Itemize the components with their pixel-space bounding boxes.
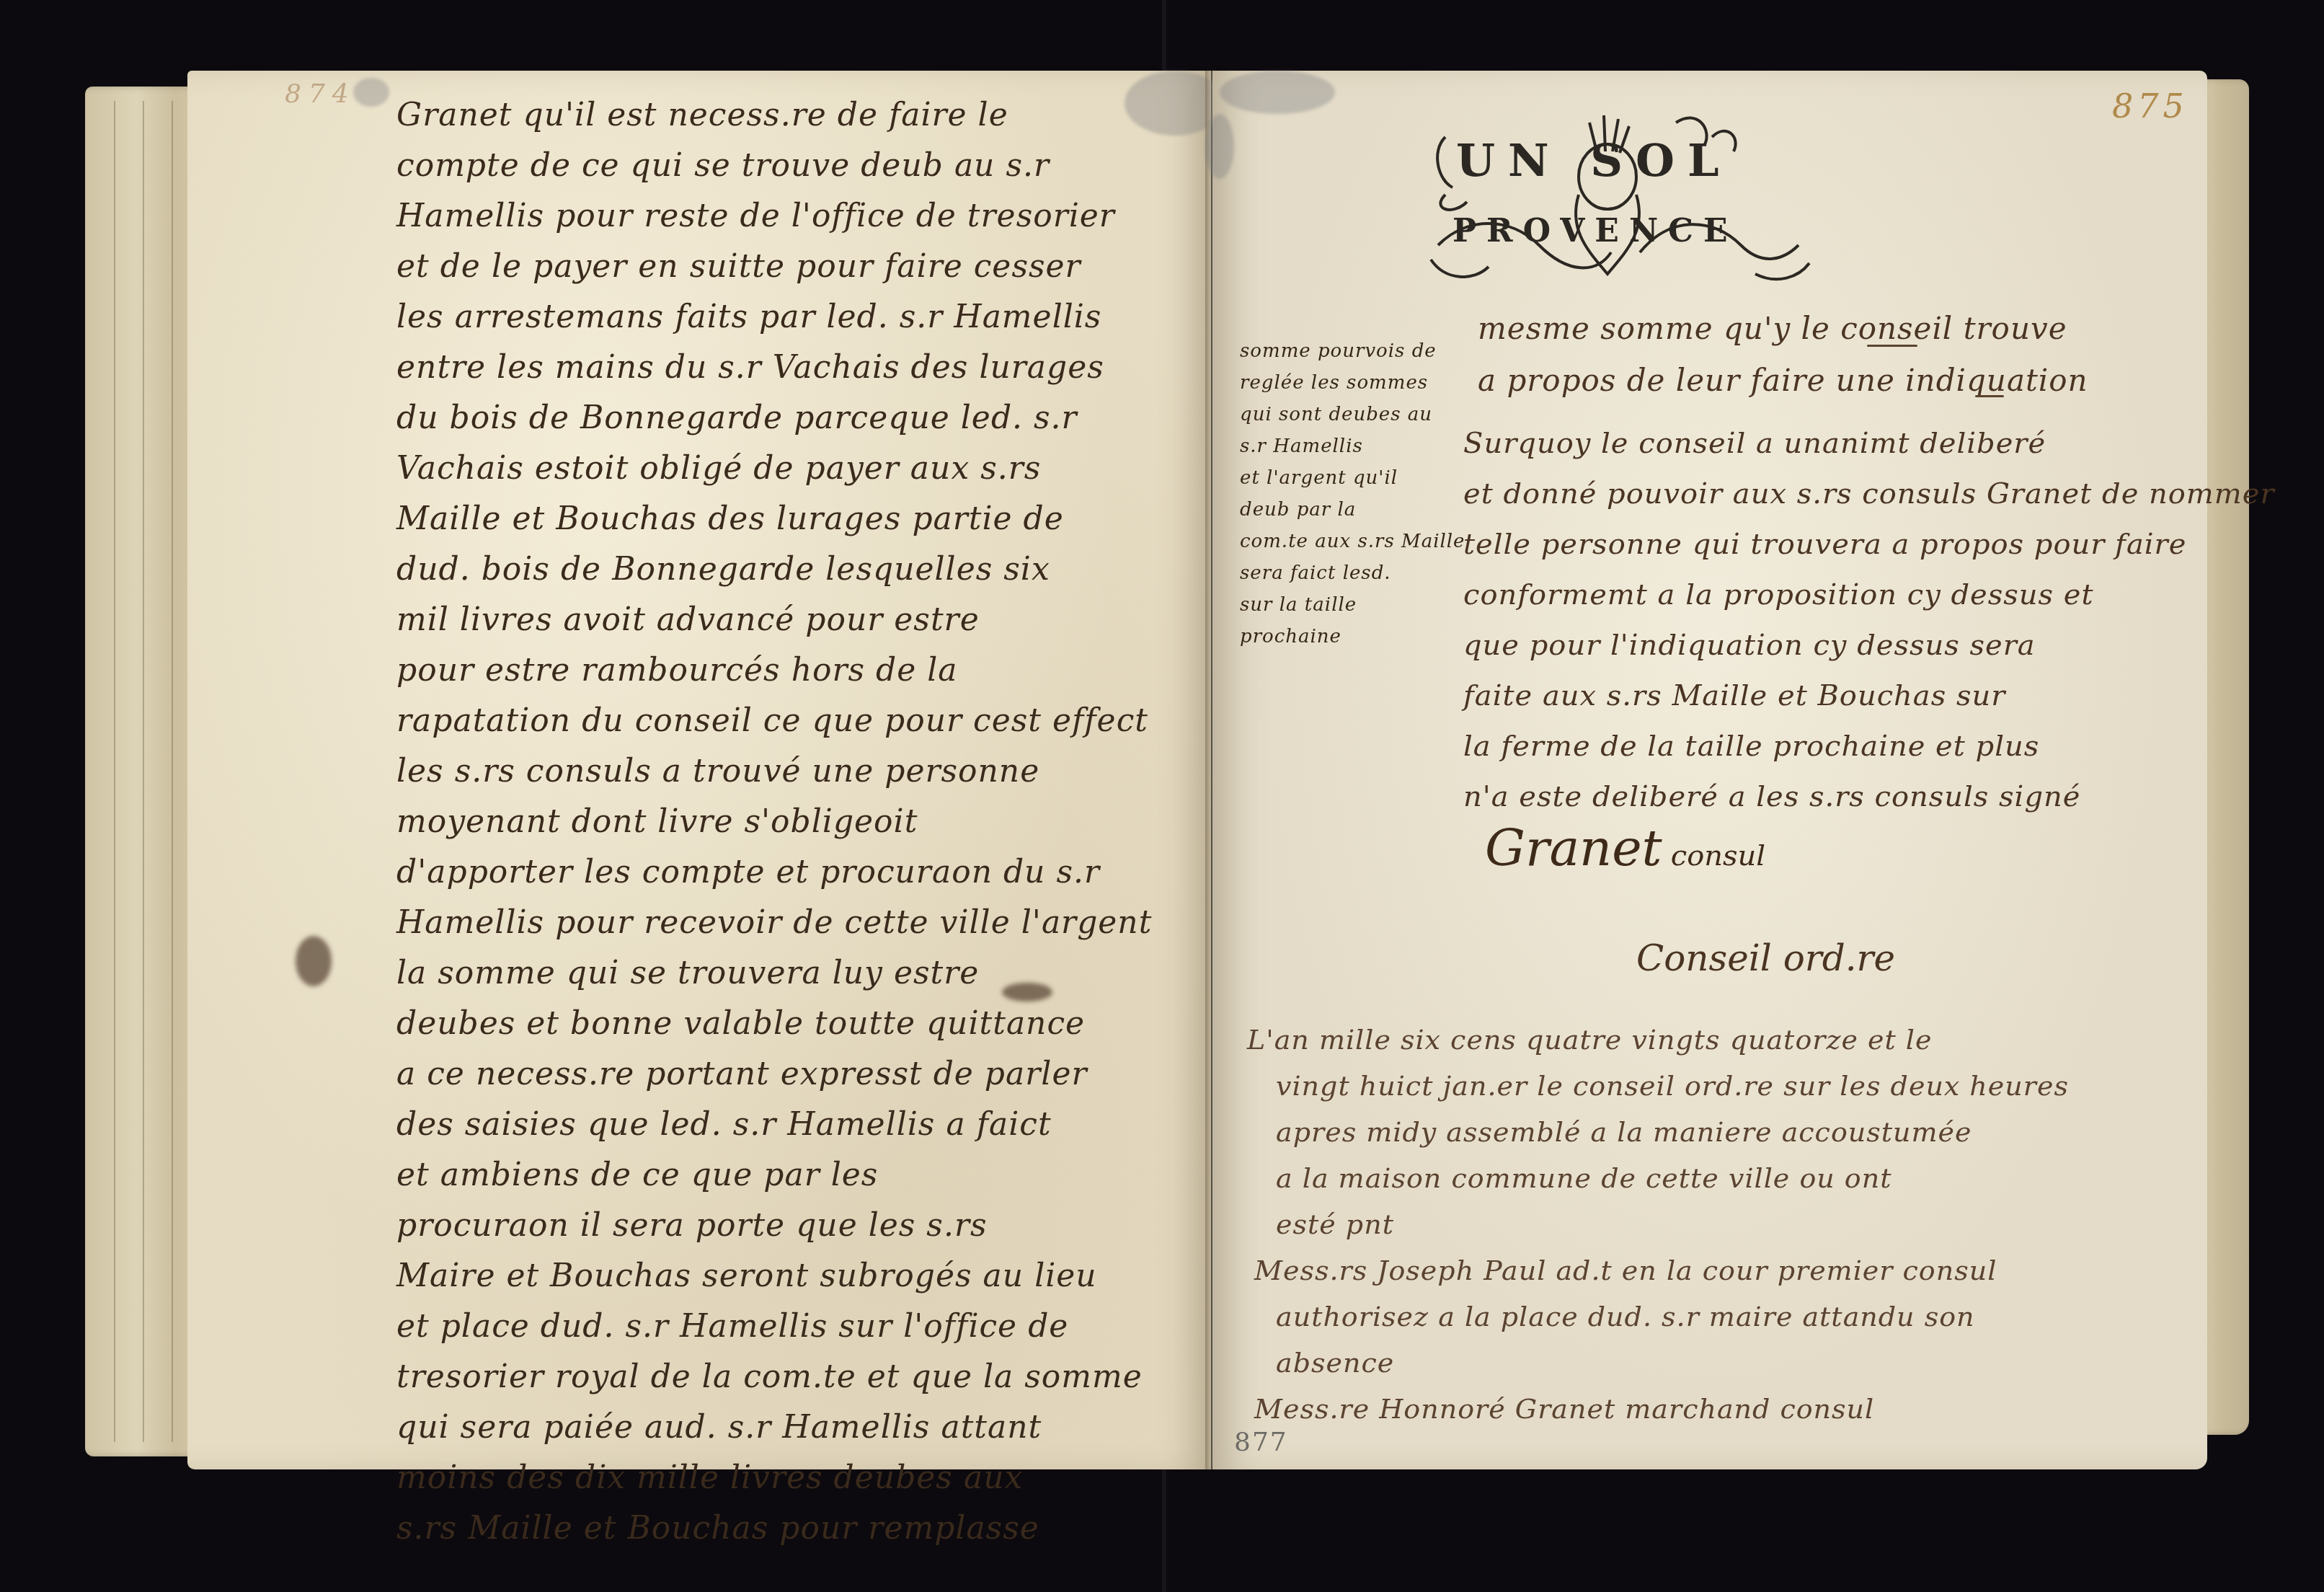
text-line: tresorier royal de la com.te et que la s… [396,1352,1152,1402]
text-line: Hamellis pour recevoir de cette ville l'… [396,898,1152,948]
text-line: du bois de Bonnegarde parceque led. s.r [396,393,1152,443]
text-line: et de le payer en suitte pour faire cess… [396,242,1152,292]
text-line: n'a este deliberé a les s.rs consuls sig… [1463,771,2275,822]
text-line: mil livres avoit advancé pour estre [396,595,1152,645]
water-stain [353,78,389,107]
text-line: Granet qu'il est necess.re de faire le [396,90,1152,141]
tax-stamp: UN SOL PROVENCE [1424,108,1827,288]
text-line: s.rs Maille et Bouchas pour remplasse [396,1503,1152,1554]
margin-line: prochaine [1240,621,1465,653]
text-line: que pour l'indiquation cy dessus sera [1463,620,2275,671]
minutes-text: L'an mille six cens quatre vingts quator… [1247,1017,2069,1432]
text-line: vingt huict jan.er le conseil ord.re sur… [1247,1063,2069,1109]
text-line: conformemt a la proposition cy dessus et [1463,570,2275,620]
water-stain [1220,71,1335,114]
margin-line: sera faict lesd. [1240,557,1465,589]
text-line: faite aux s.rs Maille et Bouchas sur [1463,671,2275,721]
text-line: deubes et bonne valable toutte quittance [396,999,1152,1049]
text-line: les arrestemans faits par led. s.r Hamel… [396,292,1152,342]
ink-blot [296,936,332,986]
text-line: Mess.re Honnoré Granet marchand consul [1247,1386,2069,1432]
text-line: compte de ce qui se trouve deub au s.r [396,141,1152,191]
text-line: et ambiens de ce que par les [396,1150,1152,1200]
margin-line: com.te aux s.rs Maille [1240,526,1465,557]
right-main-text: mesme somme qu'y le conseil trouve a pro… [1478,303,2088,407]
text-line: et place dud. s.r Hamellis sur l'office … [396,1301,1152,1352]
left-page-text: Granet qu'il est necess.re de faire le c… [396,90,1152,1554]
folio-number-right: 875 [2112,87,2188,125]
text-line: dud. bois de Bonnegarde lesquelles six [396,544,1152,595]
margin-note: somme pourvois de reglée les sommes qui … [1240,335,1465,653]
line-filler-dash [1867,345,1917,347]
text-line: Hamellis pour reste de l'office de treso… [396,191,1152,242]
margin-line: somme pourvois de [1240,335,1465,367]
water-stain [1205,114,1234,179]
text-line: esté pnt [1247,1201,2069,1247]
signature: Granetconsul [1485,818,1765,877]
open-register: 874 Granet qu'il est necess.re de faire … [0,0,2324,1592]
text-line: moyenant dont livre s'obligeoit [396,797,1152,847]
page-edge-line [114,101,115,1442]
text-line: la ferme de la taille prochaine et plus [1463,721,2275,771]
text-line: a propos de leur faire une indiquation [1478,355,2088,407]
folio-number-left: 874 [285,79,356,109]
signature-title: consul [1671,839,1765,872]
text-line: mesme somme qu'y le conseil trouve [1478,303,2088,355]
margin-line: reglée les sommes [1240,367,1465,399]
text-line: rapatation du conseil ce que pour cest e… [396,696,1152,746]
right-deliberation-text: Surquoy le conseil a unanimt deliberé et… [1463,418,2275,822]
signature-name: Granet [1485,818,1662,877]
page-edge-line [143,101,144,1442]
text-line: Mess.rs Joseph Paul ad.t en la cour prem… [1247,1247,2069,1293]
pencil-folio-number: 877 [1234,1428,1288,1457]
text-line: L'an mille six cens quatre vingts quator… [1247,1017,2069,1063]
stamp-text-top: UN SOL [1456,134,1732,187]
text-line: telle personne qui trouvera a propos pou… [1463,519,2275,570]
stamp-text-bottom: PROVENCE [1452,213,1738,249]
text-line: Maille et Bouchas des lurages partie de [396,494,1152,544]
text-line: moins des dix mille livres deubes aux [396,1453,1152,1503]
text-line: qui sera paiée aud. s.r Hamellis attant [396,1402,1152,1453]
text-line: Maire et Bouchas seront subrogés au lieu [396,1251,1152,1301]
text-line: les s.rs consuls a trouvé une personne [396,746,1152,797]
text-line: d'apporter les compte et procuraon du s.… [396,847,1152,898]
margin-line: et l'argent qu'il [1240,462,1465,494]
text-line: procuraon il sera porte que les s.rs [396,1200,1152,1251]
text-line: et donné pouvoir aux s.rs consuls Granet… [1463,469,2275,519]
text-line: Surquoy le conseil a unanimt deliberé [1463,418,2275,469]
text-line: la somme qui se trouvera luy estre [396,948,1152,999]
text-line: absence [1247,1340,2069,1386]
text-line: entre les mains du s.r Vachais des lurag… [396,342,1152,393]
text-line: apres midy assemblé a la maniere accoust… [1247,1109,2069,1155]
text-line: Vachais estoit obligé de payer aux s.rs [396,443,1152,494]
text-line: a ce necess.re portant expresst de parle… [396,1049,1152,1100]
line-filler-dash [1975,395,2004,397]
margin-line: deub par la [1240,494,1465,526]
text-line: pour estre rambourcés hors de la [396,645,1152,696]
margin-line: qui sont deubes au [1240,399,1465,430]
margin-line: sur la taille [1240,589,1465,621]
text-line: a la maison commune de cette ville ou on… [1247,1155,2069,1201]
page-edge-line [172,101,173,1442]
text-line: des saisies que led. s.r Hamellis a faic… [396,1100,1152,1150]
margin-line: s.r Hamellis [1240,430,1465,462]
section-heading: Conseil ord.re [1636,937,1895,979]
text-line: authorisez a la place dud. s.r maire att… [1247,1293,2069,1340]
